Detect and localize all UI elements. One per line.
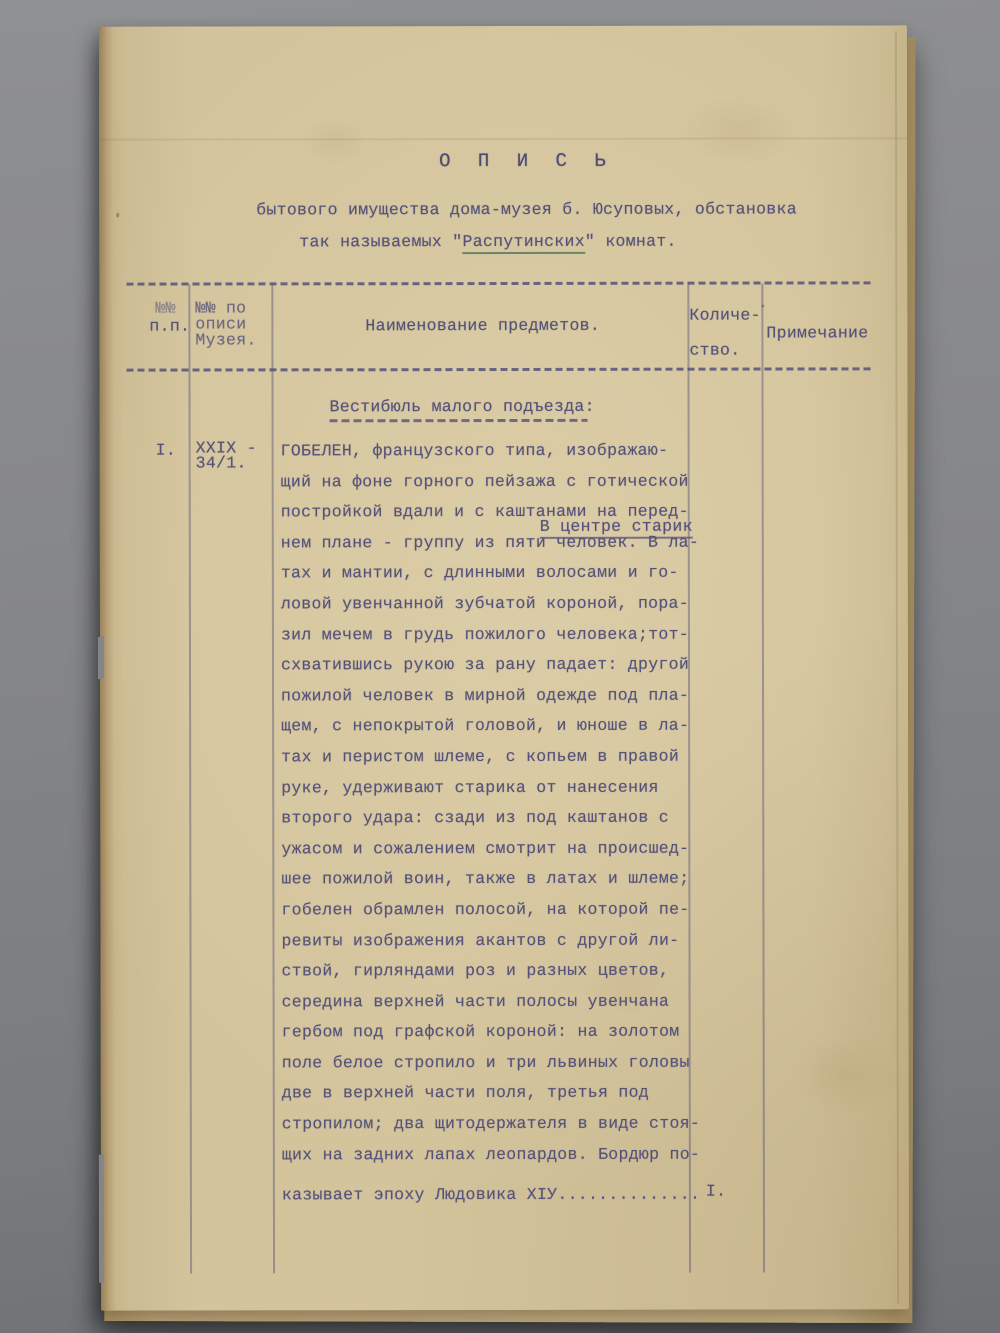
description-line: пожилой человек в мирной одежде под пла- (281, 680, 701, 711)
paper-tear (98, 636, 104, 679)
insertion-text: В центре старик (540, 517, 693, 539)
inventory-number-line2: 34/1. (196, 453, 247, 472)
interlinear-insertion: В центре старик (540, 517, 693, 536)
underlined-word: Распутинских (462, 232, 584, 254)
quantity-value: I. (706, 1182, 726, 1201)
description-line: казывает эпоху Людовика XIУ.............… (282, 1180, 702, 1211)
description-line: щий на фоне горного пейзажа с готической (281, 466, 701, 497)
subtitle-prefix: так называемых " (299, 232, 462, 251)
item-description: ГОБЕЛЕН, французского типа, изображаю- щ… (281, 436, 702, 1212)
header-quantity-line2: ство. (689, 341, 740, 360)
paper-speck (116, 213, 119, 218)
description-line: щем, с непокрытой головой, и юноше в ла- (281, 711, 701, 742)
photo-background: О П И С Ь бытового имущества дома-музея … (0, 0, 1000, 1333)
description-line: гербом под графской короной: на золотом (282, 1017, 702, 1048)
section-heading-underline (330, 419, 588, 422)
description-line: две в верхней части поля, третья под (282, 1078, 702, 1109)
document-subtitle-line2: так называемых "Распутинских" комнат. (299, 232, 677, 252)
header-item-name: Наименование предметов. (365, 316, 600, 335)
paper-stain (679, 95, 799, 165)
description-line: ловой увенчанной зубчатой короной, пора- (281, 589, 701, 620)
paper-stain (791, 1035, 901, 1115)
description-line: ствой, гирляндами роз и разных цветов, (282, 956, 702, 987)
header-num-line1: №№ (155, 299, 175, 318)
description-line: зил мечем в грудь пожилого человека;тот- (281, 619, 701, 650)
description-line: руке, удерживают старика от нанесения (281, 772, 701, 803)
subtitle-suffix: " комнат. (585, 232, 677, 251)
table-column-line-4 (761, 284, 765, 1273)
document-subtitle-line1: бытового имущества дома-музея б. Юсуповы… (256, 199, 797, 219)
table-column-line-1 (188, 285, 192, 1274)
section-heading: Вестибюль малого подъезда: (330, 397, 595, 416)
header-remarks: Примечание (766, 323, 868, 342)
header-quantity-line1: Количе- (689, 306, 760, 325)
description-line: гобелен обрамлен полосой, на которой пе- (281, 895, 701, 926)
paper-stain (299, 116, 369, 166)
description-line: тах и перистом шлеме, с копьем в правой (281, 742, 701, 773)
paper-crease (895, 31, 899, 1303)
description-line: ГОБЕЛЕН, французского типа, изображаю- (281, 436, 701, 467)
document-page: О П И С Ь бытового имущества дома-музея … (99, 25, 909, 1310)
description-line: поле белое стропило и три львиных головы (282, 1048, 702, 1079)
header-num-line2: п.п. (149, 317, 190, 336)
table-column-line-2 (271, 284, 275, 1273)
description-line: щих на задних лапах леопардов. Бордюр по… (282, 1139, 702, 1170)
description-line: стропилом; два щитодержателя в виде стоя… (282, 1109, 702, 1140)
row-number: I. (156, 441, 176, 460)
description-line: тах и мантии, с длинными волосами и го- (281, 558, 701, 589)
header-museum-no-line3: Музея. (195, 330, 256, 349)
document-title: О П И С Ь (439, 150, 614, 172)
description-line: второго удара: сзади из под каштанов с (281, 803, 701, 834)
description-line: ревиты изображения акантов с другой ли- (281, 925, 701, 956)
description-line: середина верхней части полосы увенчана (282, 986, 702, 1017)
description-line: шее пожилой воин, также в латах и шлеме; (281, 864, 701, 895)
description-line: ужасом и сожалением смотрит на происшед- (281, 833, 701, 864)
description-line: схватившись рукою за рану падает: другой (281, 650, 701, 681)
paper-tear (99, 1155, 104, 1283)
